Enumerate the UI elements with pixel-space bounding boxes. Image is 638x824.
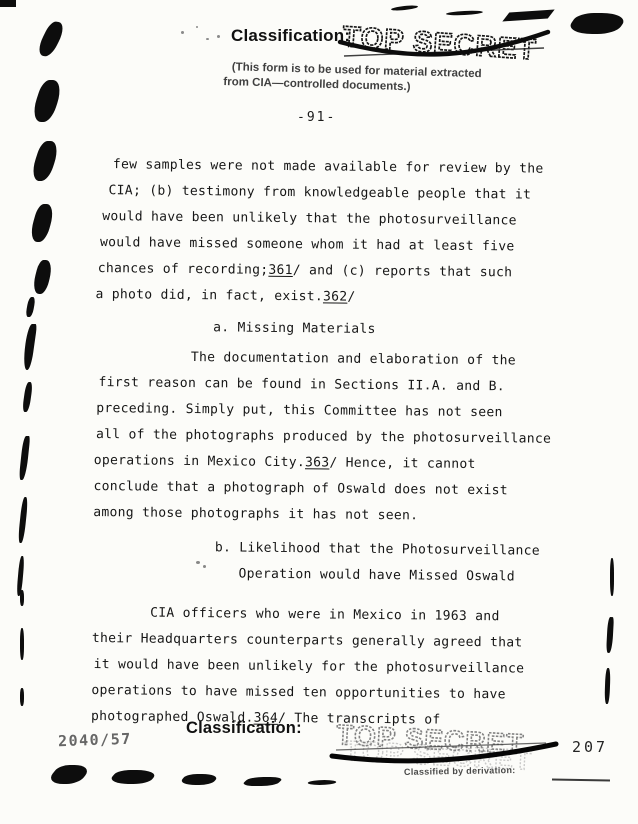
classification-label-top: Classification: — [231, 26, 350, 46]
binding-mark — [604, 668, 610, 704]
classified-by-derivation-label: Classified by derivation: — [404, 765, 516, 777]
binding-mark — [18, 497, 29, 543]
binding-mark — [606, 617, 614, 653]
footnote-reference: 362 — [323, 289, 348, 304]
paragraph-1: few samples were not made available for … — [95, 152, 575, 313]
binding-mark — [20, 590, 24, 606]
text-line: a. Missing Materials — [95, 314, 573, 345]
footnote-reference: 361 — [268, 263, 293, 278]
scanned-document-page: Classification: TOP SECRET (This form is… — [0, 0, 638, 824]
binding-mark — [610, 558, 614, 596]
scan-mark — [0, 0, 16, 7]
text-line: among those photographs it has not seen. — [93, 500, 571, 531]
binding-mark — [19, 436, 31, 480]
form-usage-note: (This form is to be used for material ex… — [223, 60, 494, 98]
derivation-blank-line — [552, 778, 610, 781]
text-line: a photo did, in fact, exist.362/ — [95, 282, 573, 313]
binding-mark — [22, 382, 33, 412]
binding-mark — [45, 765, 94, 784]
binding-mark — [564, 13, 631, 34]
page-number: -91- — [297, 110, 336, 125]
binding-mark — [106, 770, 160, 784]
scan-mark — [391, 5, 418, 12]
binding-mark — [241, 777, 285, 786]
binding-mark — [28, 204, 57, 242]
heading-b: b. Likelihood that the Photosurveillance… — [92, 534, 571, 591]
binding-mark — [29, 80, 65, 122]
paragraph-2: The documentation and elaboration of the… — [93, 344, 573, 531]
text-line: Operation would have Missed Oswald — [92, 560, 570, 591]
binding-mark — [29, 141, 62, 181]
scan-speckle — [196, 26, 198, 28]
footnote-reference: 363 — [305, 455, 330, 470]
binding-mark — [31, 260, 54, 294]
scan-speckle — [217, 35, 220, 38]
binding-mark — [20, 628, 24, 660]
binding-mark — [25, 297, 36, 317]
heading-a: a. Missing Materials — [95, 314, 573, 345]
binding-mark — [22, 324, 37, 370]
binding-mark — [177, 774, 221, 785]
page-stamp: 207 — [572, 738, 608, 756]
binding-mark — [34, 21, 68, 57]
scan-speckle — [181, 31, 184, 34]
classification-label-bottom: Classification: — [186, 719, 302, 738]
binding-mark — [20, 688, 24, 706]
scan-speckle — [206, 38, 209, 40]
document-number-stamp: 2040/57 — [58, 730, 132, 751]
binding-mark — [306, 780, 339, 785]
document-body: few samples were not made available for … — [91, 152, 575, 735]
